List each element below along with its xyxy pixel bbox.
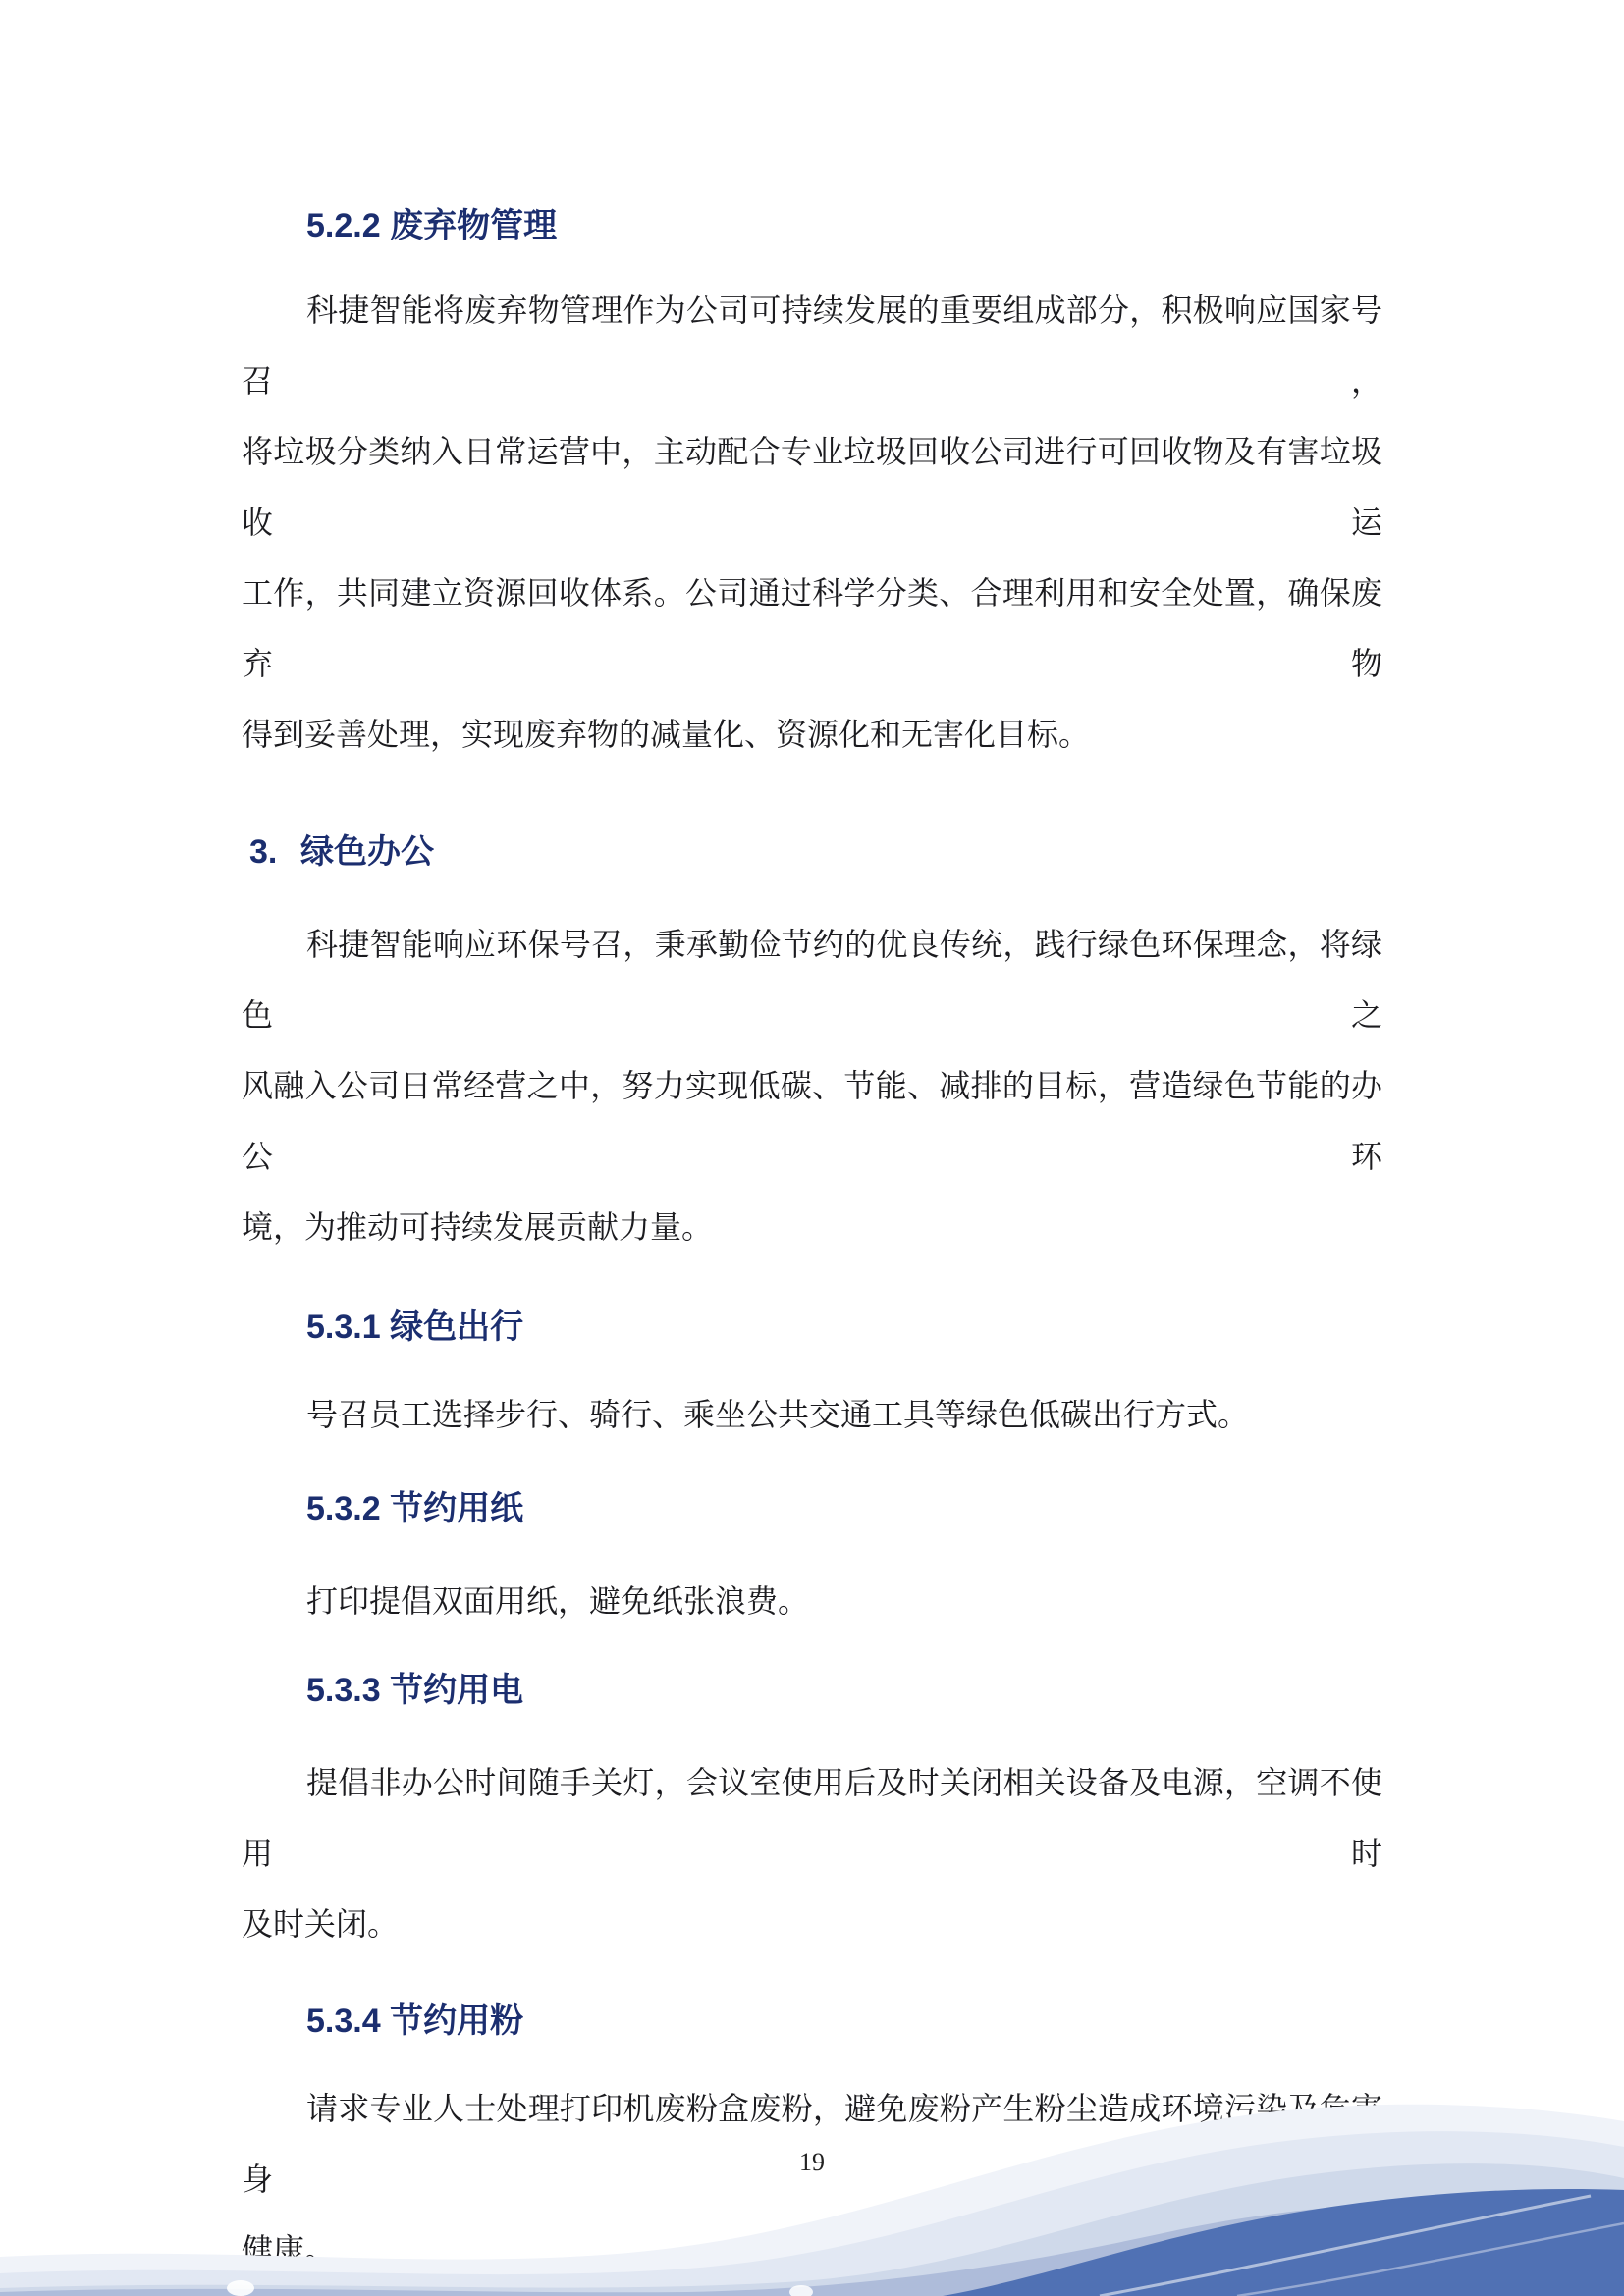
heading-5-3-3-save-electricity: 5.3.3 节约用电 (306, 1667, 1382, 1714)
paragraph-save-paper: 打印提倡双面用纸，避免纸张浪费。 (242, 1566, 1382, 1636)
footer-wave-graphic (0, 2031, 1624, 2296)
paragraph-line: 及时关闭。 (242, 1889, 1382, 1959)
paragraph-waste-management: 科捷智能将废弃物管理作为公司可持续发展的重要组成部分，积极响应国家号召， 将垃圾… (242, 275, 1382, 770)
paragraph-line: 将垃圾分类纳入日常运营中，主动配合专业垃圾回收公司进行可回收物及有害垃圾收运 (242, 416, 1382, 558)
paragraph-line: 提倡非办公时间随手关灯，会议室使用后及时关闭相关设备及电源，空调不使用时 (242, 1747, 1382, 1889)
paragraph-line: 境，为推动可持续发展贡献力量。 (242, 1192, 1382, 1262)
heading-5-3-1-green-travel: 5.3.1 绿色出行 (306, 1304, 1382, 1351)
heading-number: 3. (249, 828, 300, 876)
paragraph-green-travel: 号召员工选择步行、骑行、乘坐公共交通工具等绿色低碳出行方式。 (242, 1379, 1382, 1450)
paragraph-line: 号召员工选择步行、骑行、乘坐公共交通工具等绿色低碳出行方式。 (242, 1379, 1382, 1450)
paragraph-line: 工作，共同建立资源回收体系。公司通过科学分类、合理利用和安全处置，确保废弃物 (242, 558, 1382, 699)
heading-title: 绿色办公 (300, 833, 434, 871)
heading-5-2-2-waste-management: 5.2.2 废弃物管理 (306, 202, 1382, 249)
paragraph-line: 得到妥善处理，实现废弃物的减量化、资源化和无害化目标。 (242, 699, 1382, 770)
document-page: 5.2.2 废弃物管理 科捷智能将废弃物管理作为公司可持续发展的重要组成部分，积… (0, 0, 1624, 2296)
heading-3-green-office: 3.绿色办公 (242, 828, 1382, 876)
paragraph-save-electricity: 提倡非办公时间随手关灯，会议室使用后及时关闭相关设备及电源，空调不使用时 及时关… (242, 1747, 1382, 1959)
document-content: 5.2.2 废弃物管理 科捷智能将废弃物管理作为公司可持续发展的重要组成部分，积… (242, 0, 1382, 2285)
paragraph-green-office: 科捷智能响应环保号召，秉承勤俭节约的优良传统，践行绿色环保理念，将绿色之 风融入… (242, 909, 1382, 1262)
paragraph-line: 科捷智能将废弃物管理作为公司可持续发展的重要组成部分，积极响应国家号召， (242, 275, 1382, 416)
paragraph-line: 打印提倡双面用纸，避免纸张浪费。 (242, 1566, 1382, 1636)
paragraph-line: 科捷智能响应环保号召，秉承勤俭节约的优良传统，践行绿色环保理念，将绿色之 (242, 909, 1382, 1050)
heading-5-3-2-save-paper: 5.3.2 节约用纸 (306, 1485, 1382, 1532)
paragraph-line: 风融入公司日常经营之中，努力实现低碳、节能、减排的目标，营造绿色节能的办公环 (242, 1050, 1382, 1192)
